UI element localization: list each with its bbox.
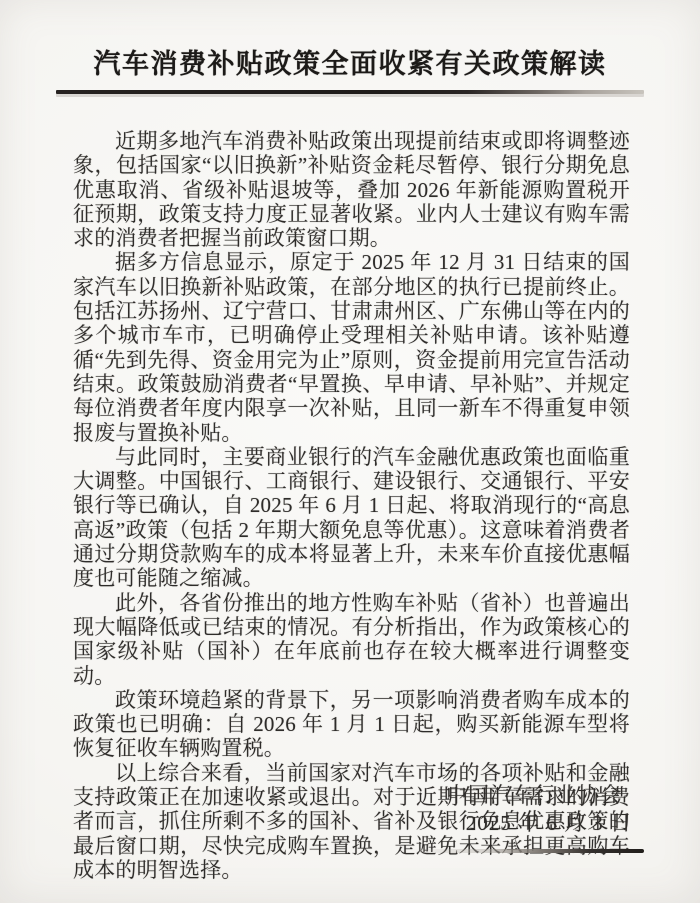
paragraph-bank-finance-adjustment: 与此同时，主要商业银行的汽车金融优惠政策也面临重大调整。中国银行、工商银行、建设…	[73, 445, 630, 591]
signature-organization: 中国汽车行业协会	[446, 781, 632, 809]
paragraph-policy-overview: 近期多地汽车消费补贴政策出现提前结束或即将调整迹象，包括国家“以旧换新”补贴资金…	[73, 129, 630, 250]
paragraph-provincial-subsidy: 此外，各省份推出的地方性购车补贴（省补）也普遍出现大幅降低或已结束的情况。有分析…	[73, 591, 630, 688]
signature-date: 2025 年 6 月 3 日	[446, 809, 632, 837]
document-body: 近期多地汽车消费补贴政策出现提前结束或即将调整迹象，包括国家“以旧换新”补贴资金…	[73, 129, 630, 882]
paragraph-national-subsidy-end: 据多方信息显示，原定于 2025 年 12 月 31 日结束的国家汽车以旧换新补…	[73, 250, 630, 444]
paragraph-purchase-tax: 政策环境趋紧的背景下，另一项影响消费者购车成本的政策也已明确：自 2026 年 …	[73, 688, 630, 761]
title-divider-rule	[56, 90, 644, 94]
bottom-divider-rule	[56, 849, 644, 853]
document-title: 汽车消费补贴政策全面收紧有关政策解读	[0, 42, 700, 81]
document-page: 汽车消费补贴政策全面收紧有关政策解读 近期多地汽车消费补贴政策出现提前结束或即将…	[0, 0, 700, 903]
signature-block: 中国汽车行业协会 2025 年 6 月 3 日	[446, 781, 632, 837]
